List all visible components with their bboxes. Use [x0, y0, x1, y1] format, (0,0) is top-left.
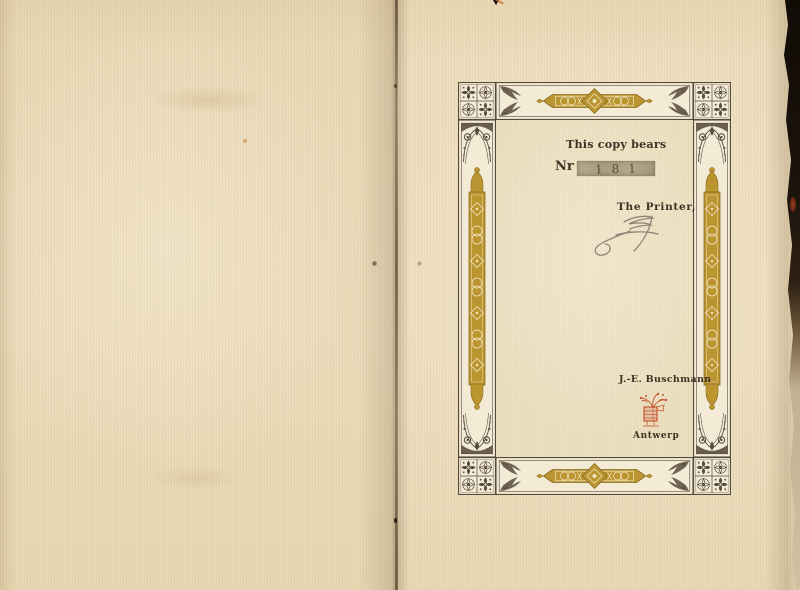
printer-signature — [590, 210, 680, 258]
copy-number-label: Nr — [555, 159, 574, 174]
copy-number-value: 181 — [587, 161, 645, 177]
left-page — [0, 0, 397, 590]
edge-stain — [790, 197, 796, 212]
frame-corner-ornament-top-right — [693, 82, 731, 120]
printer-name: J.-E. Buschmann — [619, 374, 711, 385]
page-fold — [395, 0, 398, 590]
paper-stain — [146, 466, 244, 490]
limitation-text: This copy bears — [566, 137, 666, 151]
colophon-content: This copy bears Nr 181 The Printer, J.-E… — [496, 120, 693, 457]
paper-spot — [417, 261, 422, 266]
sewing-hole — [394, 84, 397, 88]
frame-right-border-ornament — [693, 120, 731, 457]
frame-corner-ornament-bottom-left — [458, 457, 496, 495]
paper-spot — [243, 139, 247, 143]
frame-left-border-ornament — [458, 120, 496, 457]
printer-mark-icon — [637, 392, 669, 432]
paper-spot — [372, 261, 377, 266]
ornamental-border-frame: This copy bears Nr 181 The Printer, J.-E… — [458, 82, 731, 495]
scanned-book-spread: This copy bears Nr 181 The Printer, J.-E… — [0, 0, 800, 590]
printer-city: Antwerp — [633, 431, 673, 441]
paper-stain — [150, 86, 268, 113]
frame-corner-ornament-top-left — [458, 82, 496, 120]
copy-number-box: 181 — [577, 161, 655, 176]
frame-bottom-border-ornament — [496, 457, 693, 495]
sewing-hole — [394, 518, 398, 523]
frame-corner-ornament-bottom-right — [693, 457, 731, 495]
frame-top-border-ornament — [496, 82, 693, 120]
